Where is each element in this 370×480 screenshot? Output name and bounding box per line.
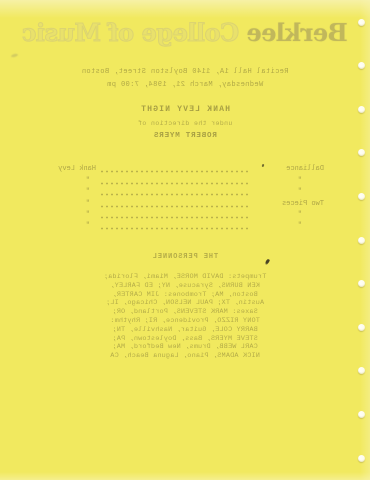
program-row: Dalliance Hank Levy [44, 162, 324, 173]
dotted-leader [101, 178, 249, 185]
program-work-title: " [254, 211, 324, 219]
logo-word-berklee: Berklee [247, 18, 348, 47]
venue-block: Recital Hall 1A, 1140 Boylston Street, B… [0, 66, 370, 92]
logo-words-college-of-music: College of Music [22, 18, 239, 47]
punch-hole [358, 237, 365, 244]
dotted-leader [101, 166, 249, 173]
program-work-title: Two Pieces [254, 200, 324, 208]
personnel-block: THE PERSONNEL Trumpets: DAVID MORSE, Mia… [0, 252, 370, 361]
dotted-leader [101, 189, 249, 196]
berklee-logo: Berklee College of Music [0, 16, 370, 50]
event-datetime-line: Wednesday, March 21, 1984, 7:00 pm [0, 79, 370, 92]
program-composer: " [44, 200, 96, 208]
program-composer: " [44, 222, 96, 230]
punch-hole [358, 106, 365, 113]
personnel-line: Boston, MA; Trombones: JIM CARTER, [0, 291, 370, 300]
personnel-lines: Trumpets: DAVID MORSE, Miami, Florida; K… [0, 273, 370, 361]
program-list: Dalliance Hank Levy " " " " Two Pieces "… [44, 162, 324, 230]
logo-word-space [239, 19, 247, 47]
punch-hole [358, 411, 365, 418]
program-row: " " [44, 173, 324, 184]
program-row: " " [44, 219, 324, 230]
personnel-line: TONY RIZZO, Providence, RI; Rhythm: [0, 317, 370, 326]
program-composer: Hank Levy [44, 165, 96, 173]
personnel-line: CARL WEBB, Drums, New Bedford, MA; [0, 343, 370, 352]
personnel-heading: THE PERSONNEL [0, 252, 370, 262]
program-work-title: " [254, 188, 324, 196]
event-block: HANK LEVY NIGHT under the direction of R… [0, 104, 370, 142]
personnel-line: BARRY COLE, Guitar, Nashville, TN; [0, 326, 370, 335]
showthrough-mirrored-content: Berklee College of Music Recital Hall 1A… [0, 0, 370, 480]
event-title: HANK LEVY NIGHT [0, 104, 370, 116]
program-row: Two Pieces " [44, 196, 324, 207]
punch-hole [358, 19, 365, 26]
program-composer: " [44, 177, 96, 185]
program-work-title: Dalliance [254, 165, 324, 173]
punch-hole [358, 324, 365, 331]
program-work-title: " [254, 222, 324, 230]
program-composer: " [44, 211, 96, 219]
personnel-line: Saxes: MARK STEVENS, Portland, OR; [0, 308, 370, 317]
personnel-line: Trumpets: DAVID MORSE, Miami, Florida; [0, 273, 370, 282]
personnel-line: STEVE MYERS, Bass, Doylestown, PA; [0, 335, 370, 344]
punch-hole [358, 193, 365, 200]
program-composer: " [44, 188, 96, 196]
program-work-title: " [254, 177, 324, 185]
scanned-program-page: Berklee College of Music Recital Hall 1A… [0, 0, 370, 480]
personnel-line: KEN BURNS, Syracuse, NY; ED FARLEY, [0, 282, 370, 291]
dotted-leader [101, 201, 249, 208]
event-director: ROBERT MYERS [0, 131, 370, 142]
dotted-leader [101, 212, 249, 219]
event-subtitle: under the direction of [0, 118, 370, 130]
personnel-line: Austin, TX; PAUL NELSON, Chicago, IL; [0, 299, 370, 308]
personnel-line: NICK ADAMS, Piano, Laguna Beach, CA [0, 352, 370, 361]
punch-hole [358, 455, 365, 462]
dotted-leader [101, 223, 249, 230]
venue-address-line: Recital Hall 1A, 1140 Boylston Street, B… [0, 66, 370, 79]
program-row: " " [44, 185, 324, 196]
program-row: " " [44, 208, 324, 219]
